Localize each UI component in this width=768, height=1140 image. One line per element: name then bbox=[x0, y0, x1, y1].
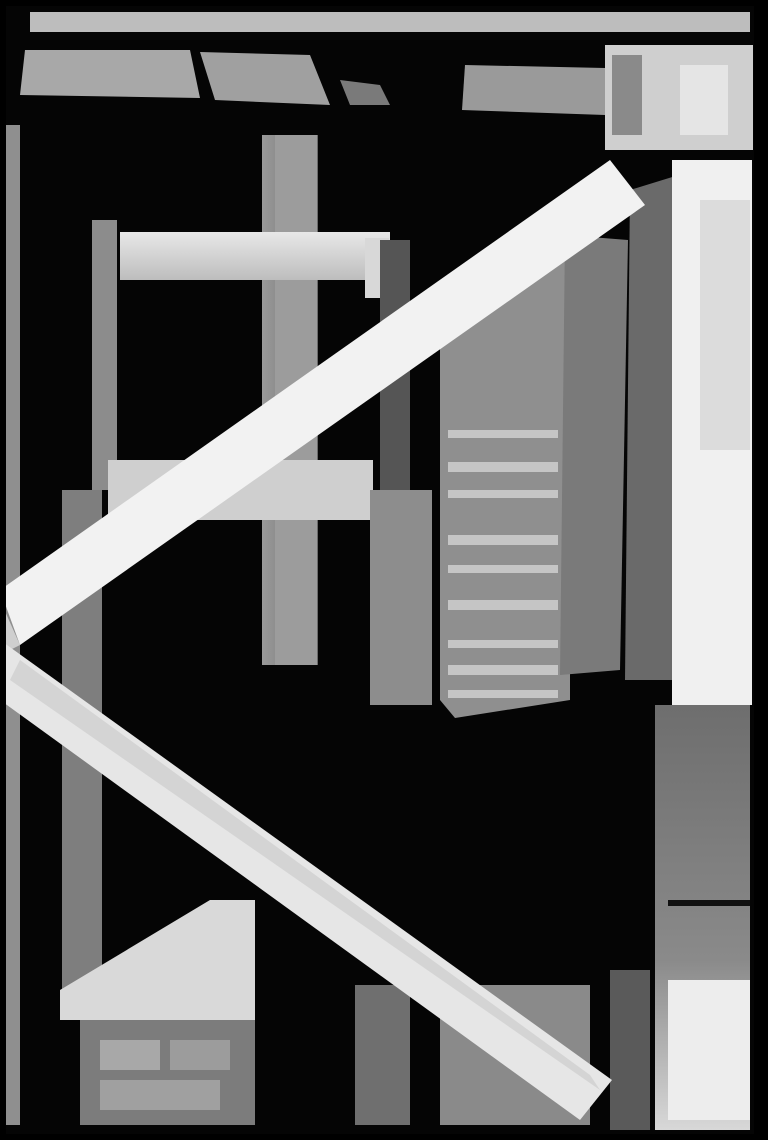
cornice-panel bbox=[560, 235, 628, 675]
upper-board-left bbox=[20, 50, 200, 98]
top-beam bbox=[30, 12, 750, 32]
upper-board-mid bbox=[200, 52, 330, 105]
photograph bbox=[0, 0, 768, 1140]
upper-rail bbox=[120, 232, 390, 280]
scaffolding-scene bbox=[0, 0, 768, 1140]
inner-post bbox=[370, 490, 432, 705]
left-upper-pole bbox=[92, 220, 117, 490]
upper-board-right bbox=[462, 65, 605, 115]
lower-center-post bbox=[355, 985, 410, 1125]
